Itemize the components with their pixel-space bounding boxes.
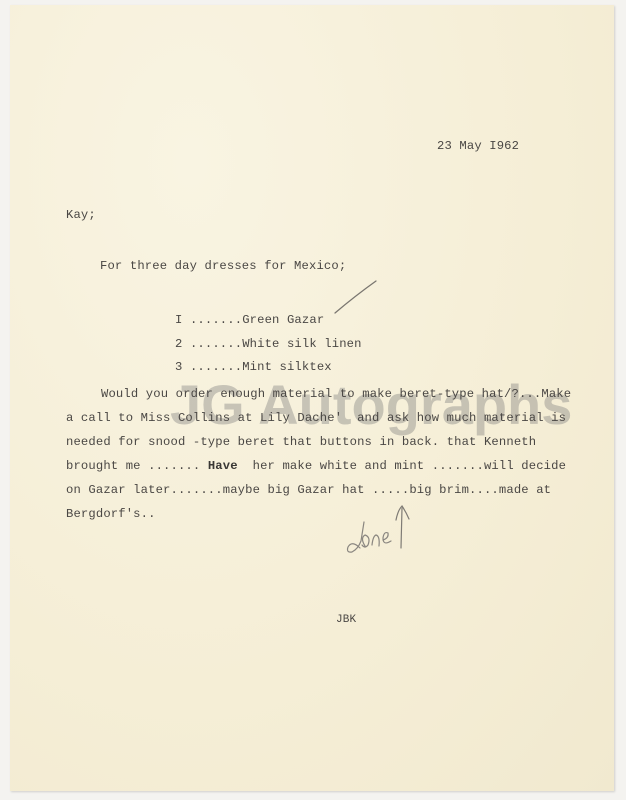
pencil-marks [0,0,626,800]
handwritten-done [348,522,392,552]
check-mark-icon [335,281,376,313]
arrow-up-icon [396,506,409,548]
